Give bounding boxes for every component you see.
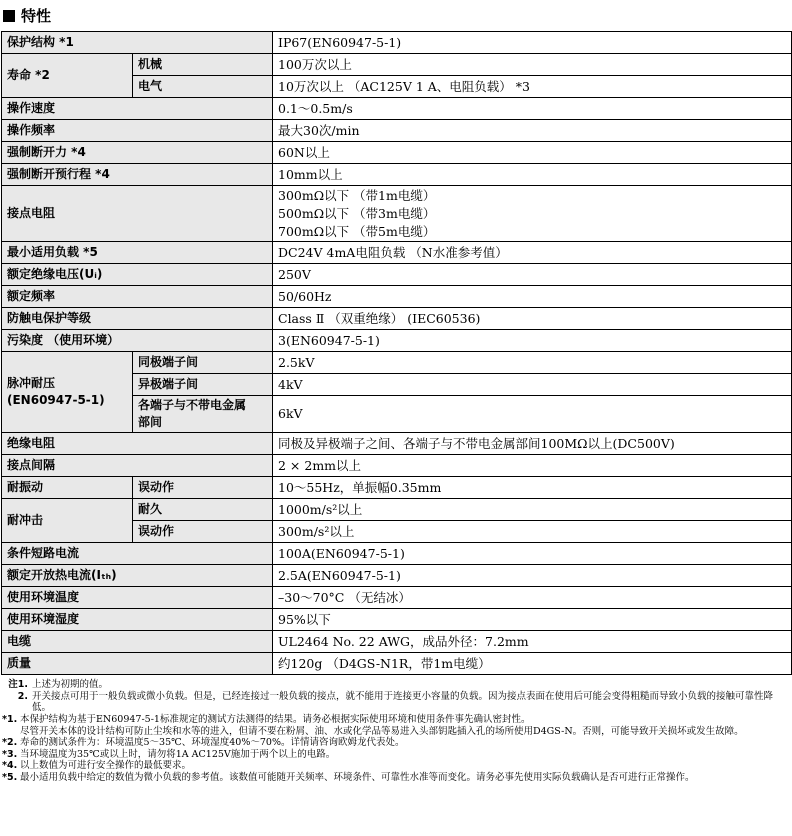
- spec-value-cell: 10mm以上: [273, 164, 792, 186]
- table-row: 操作速度 0.1～0.5m/s: [2, 98, 792, 120]
- footnote-marker: *2.: [2, 737, 17, 749]
- spec-label-cell: 使用环境湿度: [2, 609, 273, 631]
- spec-label-cell: 接点电阻: [2, 186, 273, 242]
- footnote-marker: 注1.: [2, 679, 28, 691]
- table-row: 脉冲耐压 (EN60947-5-1) 同极端子间 2.5kV: [2, 352, 792, 374]
- spec-label-cell: 条件短路电流: [2, 543, 273, 565]
- spec-sublabel-cell: 耐久: [133, 499, 273, 521]
- spec-value-cell: 10万次以上 （AC125V 1 A、电阻负载） *3: [273, 76, 792, 98]
- spec-label-cell: 额定频率: [2, 286, 273, 308]
- spec-value-cell: 同极及异极端子之间、各端子与不带电金属部间100MΩ以上(DC500V): [273, 433, 792, 455]
- spec-label-cell: 质量: [2, 653, 273, 675]
- spec-value-cell: 6kV: [273, 396, 792, 433]
- spec-value-cell: 50/60Hz: [273, 286, 792, 308]
- spec-label-cell: 防触电保护等级: [2, 308, 273, 330]
- spec-label-cell: 操作频率: [2, 120, 273, 142]
- spec-value-cell: 100万次以上: [273, 54, 792, 76]
- spec-label-cell: 电缆: [2, 631, 273, 653]
- page: 特性 保护结构 *1 IP67(EN60947-5-1) 寿命 *2 机械 10…: [0, 0, 792, 784]
- spec-value-cell: –30～70°C （无结冰）: [273, 587, 792, 609]
- spec-label-cell: 强制断开力 *4: [2, 142, 273, 164]
- spec-sublabel-cell: 各端子与不带电金属 部间: [133, 396, 273, 433]
- spec-label-cell: 操作速度: [2, 98, 273, 120]
- spec-value-cell: 最大30次/min: [273, 120, 792, 142]
- spec-value-cell: 300mΩ以下 （带1m电缆） 500mΩ以下 （带3m电缆） 700mΩ以下 …: [273, 186, 792, 242]
- footnote: *5. 最小适用负载中给定的数值为微小负载的参考值。该数值可能随开关频率、环境条…: [2, 772, 790, 784]
- spec-value-cell: 300m/s²以上: [273, 521, 792, 543]
- spec-sublabel-cell: 误动作: [133, 521, 273, 543]
- spec-label-cell: 耐振动: [2, 477, 133, 499]
- table-row: 污染度 （使用环境） 3(EN60947-5-1): [2, 330, 792, 352]
- spec-value-cell: 250V: [273, 264, 792, 286]
- spec-sublabel-cell: 机械: [133, 54, 273, 76]
- table-row: 防触电保护等级 Class Ⅱ （双重绝缘） (IEC60536): [2, 308, 792, 330]
- spec-value-cell: IP67(EN60947-5-1): [273, 32, 792, 54]
- spec-value-cell: 0.1～0.5m/s: [273, 98, 792, 120]
- spec-label-cell: 强制断开预行程 *4: [2, 164, 273, 186]
- footnote-marker: *4.: [2, 760, 17, 772]
- footnote-marker: *3.: [2, 749, 17, 761]
- footnote: *3. 当环境温度为35℃或以上时，请勿将1A AC125V施加于两个以上的电路…: [2, 749, 790, 761]
- spec-label-cell: 绝缘电阻: [2, 433, 273, 455]
- table-row: 绝缘电阻 同极及异极端子之间、各端子与不带电金属部间100MΩ以上(DC500V…: [2, 433, 792, 455]
- spec-label-cell: 额定绝缘电压(Uᵢ): [2, 264, 273, 286]
- table-row: 寿命 *2 机械 100万次以上: [2, 54, 792, 76]
- table-row: 质量 约120g （D4GS-N1R，带1m电缆）: [2, 653, 792, 675]
- footnote: *2. 寿命的测试条件为：环境温度5～35℃、环境湿度40%～70%。详情请咨询…: [2, 737, 790, 749]
- spec-value-cell: 60N以上: [273, 142, 792, 164]
- spec-value-cell: UL2464 No. 22 AWG，成品外径：7.2mm: [273, 631, 792, 653]
- spec-label-cell: 保护结构 *1: [2, 32, 273, 54]
- table-row: 耐振动 误动作 10～55Hz，单振幅0.35mm: [2, 477, 792, 499]
- spec-label-cell: 最小适用负载 *5: [2, 242, 273, 264]
- spec-label-cell: 接点间隔: [2, 455, 273, 477]
- footnote: 注1. 上述为初期的值。: [2, 679, 790, 691]
- spec-label-cell: 使用环境温度: [2, 587, 273, 609]
- spec-value-cell: 约120g （D4GS-N1R，带1m电缆）: [273, 653, 792, 675]
- section-title-text: 特性: [21, 5, 51, 26]
- spec-value-cell: 3(EN60947-5-1): [273, 330, 792, 352]
- footnote-text: 寿命的测试条件为：环境温度5～35℃、环境湿度40%～70%。详情请咨询欧姆龙代…: [20, 737, 790, 749]
- table-row: 保护结构 *1 IP67(EN60947-5-1): [2, 32, 792, 54]
- footnote-text: 当环境温度为35℃或以上时，请勿将1A AC125V施加于两个以上的电路。: [20, 749, 790, 761]
- spec-sublabel-cell: 同极端子间: [133, 352, 273, 374]
- footnote-text: 本保护结构为基于EN60947-5-1标准规定的测试方法测得的结果。请务必根据实…: [20, 714, 790, 737]
- footnote-marker: *5.: [2, 772, 17, 784]
- spec-value-cell: 4kV: [273, 374, 792, 396]
- footnote-marker: *1.: [2, 714, 17, 726]
- footnotes: 注1. 上述为初期的值。 2. 开关接点可用于一般负载或微小负载。但是，已经连接…: [2, 679, 790, 783]
- spec-label-cell: 额定开放热电流(Iₜₕ): [2, 565, 273, 587]
- table-row: 强制断开力 *4 60N以上: [2, 142, 792, 164]
- spec-value-cell: 100A(EN60947-5-1): [273, 543, 792, 565]
- spec-label-cell: 耐冲击: [2, 499, 133, 543]
- table-row: 耐冲击 耐久 1000m/s²以上: [2, 499, 792, 521]
- table-row: 最小适用负载 *5 DC24V 4mA电阻负载 （N水准参考值）: [2, 242, 792, 264]
- footnote: *4. 以上数值为可进行安全操作的最低要求。: [2, 760, 790, 772]
- section-title: 特性: [0, 0, 792, 31]
- spec-value-cell: 2.5kV: [273, 352, 792, 374]
- spec-value-cell: 10～55Hz，单振幅0.35mm: [273, 477, 792, 499]
- spec-value-cell: 1000m/s²以上: [273, 499, 792, 521]
- table-row: 额定开放热电流(Iₜₕ) 2.5A(EN60947-5-1): [2, 565, 792, 587]
- table-row: 额定频率 50/60Hz: [2, 286, 792, 308]
- spec-table: 保护结构 *1 IP67(EN60947-5-1) 寿命 *2 机械 100万次…: [1, 31, 792, 675]
- footnote-marker: 2.: [2, 691, 28, 703]
- spec-label-cell: 污染度 （使用环境）: [2, 330, 273, 352]
- spec-sublabel-cell: 异极端子间: [133, 374, 273, 396]
- footnote-text: 最小适用负载中给定的数值为微小负载的参考值。该数值可能随开关频率、环境条件、可靠…: [20, 772, 790, 784]
- footnote-text: 上述为初期的值。: [32, 679, 790, 691]
- spec-label-cell: 脉冲耐压 (EN60947-5-1): [2, 352, 133, 433]
- table-row: 接点间隔 2 × 2mm以上: [2, 455, 792, 477]
- spec-value-cell: 2.5A(EN60947-5-1): [273, 565, 792, 587]
- footnote-text: 开关接点可用于一般负载或微小负载。但是，已经连接过一般负载的接点，就不能用于连接…: [32, 691, 790, 714]
- table-row: 强制断开预行程 *4 10mm以上: [2, 164, 792, 186]
- spec-value-cell: DC24V 4mA电阻负载 （N水准参考值）: [273, 242, 792, 264]
- spec-label-cell: 寿命 *2: [2, 54, 133, 98]
- table-row: 使用环境湿度 95%以下: [2, 609, 792, 631]
- spec-value-cell: 2 × 2mm以上: [273, 455, 792, 477]
- table-row: 使用环境温度 –30～70°C （无结冰）: [2, 587, 792, 609]
- table-row: 接点电阻 300mΩ以下 （带1m电缆） 500mΩ以下 （带3m电缆） 700…: [2, 186, 792, 242]
- table-row: 条件短路电流 100A(EN60947-5-1): [2, 543, 792, 565]
- section-marker-icon: [3, 10, 15, 22]
- table-row: 操作频率 最大30次/min: [2, 120, 792, 142]
- footnote: 2. 开关接点可用于一般负载或微小负载。但是，已经连接过一般负载的接点，就不能用…: [2, 691, 790, 714]
- spec-value-cell: Class Ⅱ （双重绝缘） (IEC60536): [273, 308, 792, 330]
- spec-sublabel-cell: 电气: [133, 76, 273, 98]
- table-row: 电缆 UL2464 No. 22 AWG，成品外径：7.2mm: [2, 631, 792, 653]
- table-row: 额定绝缘电压(Uᵢ) 250V: [2, 264, 792, 286]
- spec-value-cell: 95%以下: [273, 609, 792, 631]
- spec-sublabel-cell: 误动作: [133, 477, 273, 499]
- footnote: *1. 本保护结构为基于EN60947-5-1标准规定的测试方法测得的结果。请务…: [2, 714, 790, 737]
- footnote-text: 以上数值为可进行安全操作的最低要求。: [20, 760, 790, 772]
